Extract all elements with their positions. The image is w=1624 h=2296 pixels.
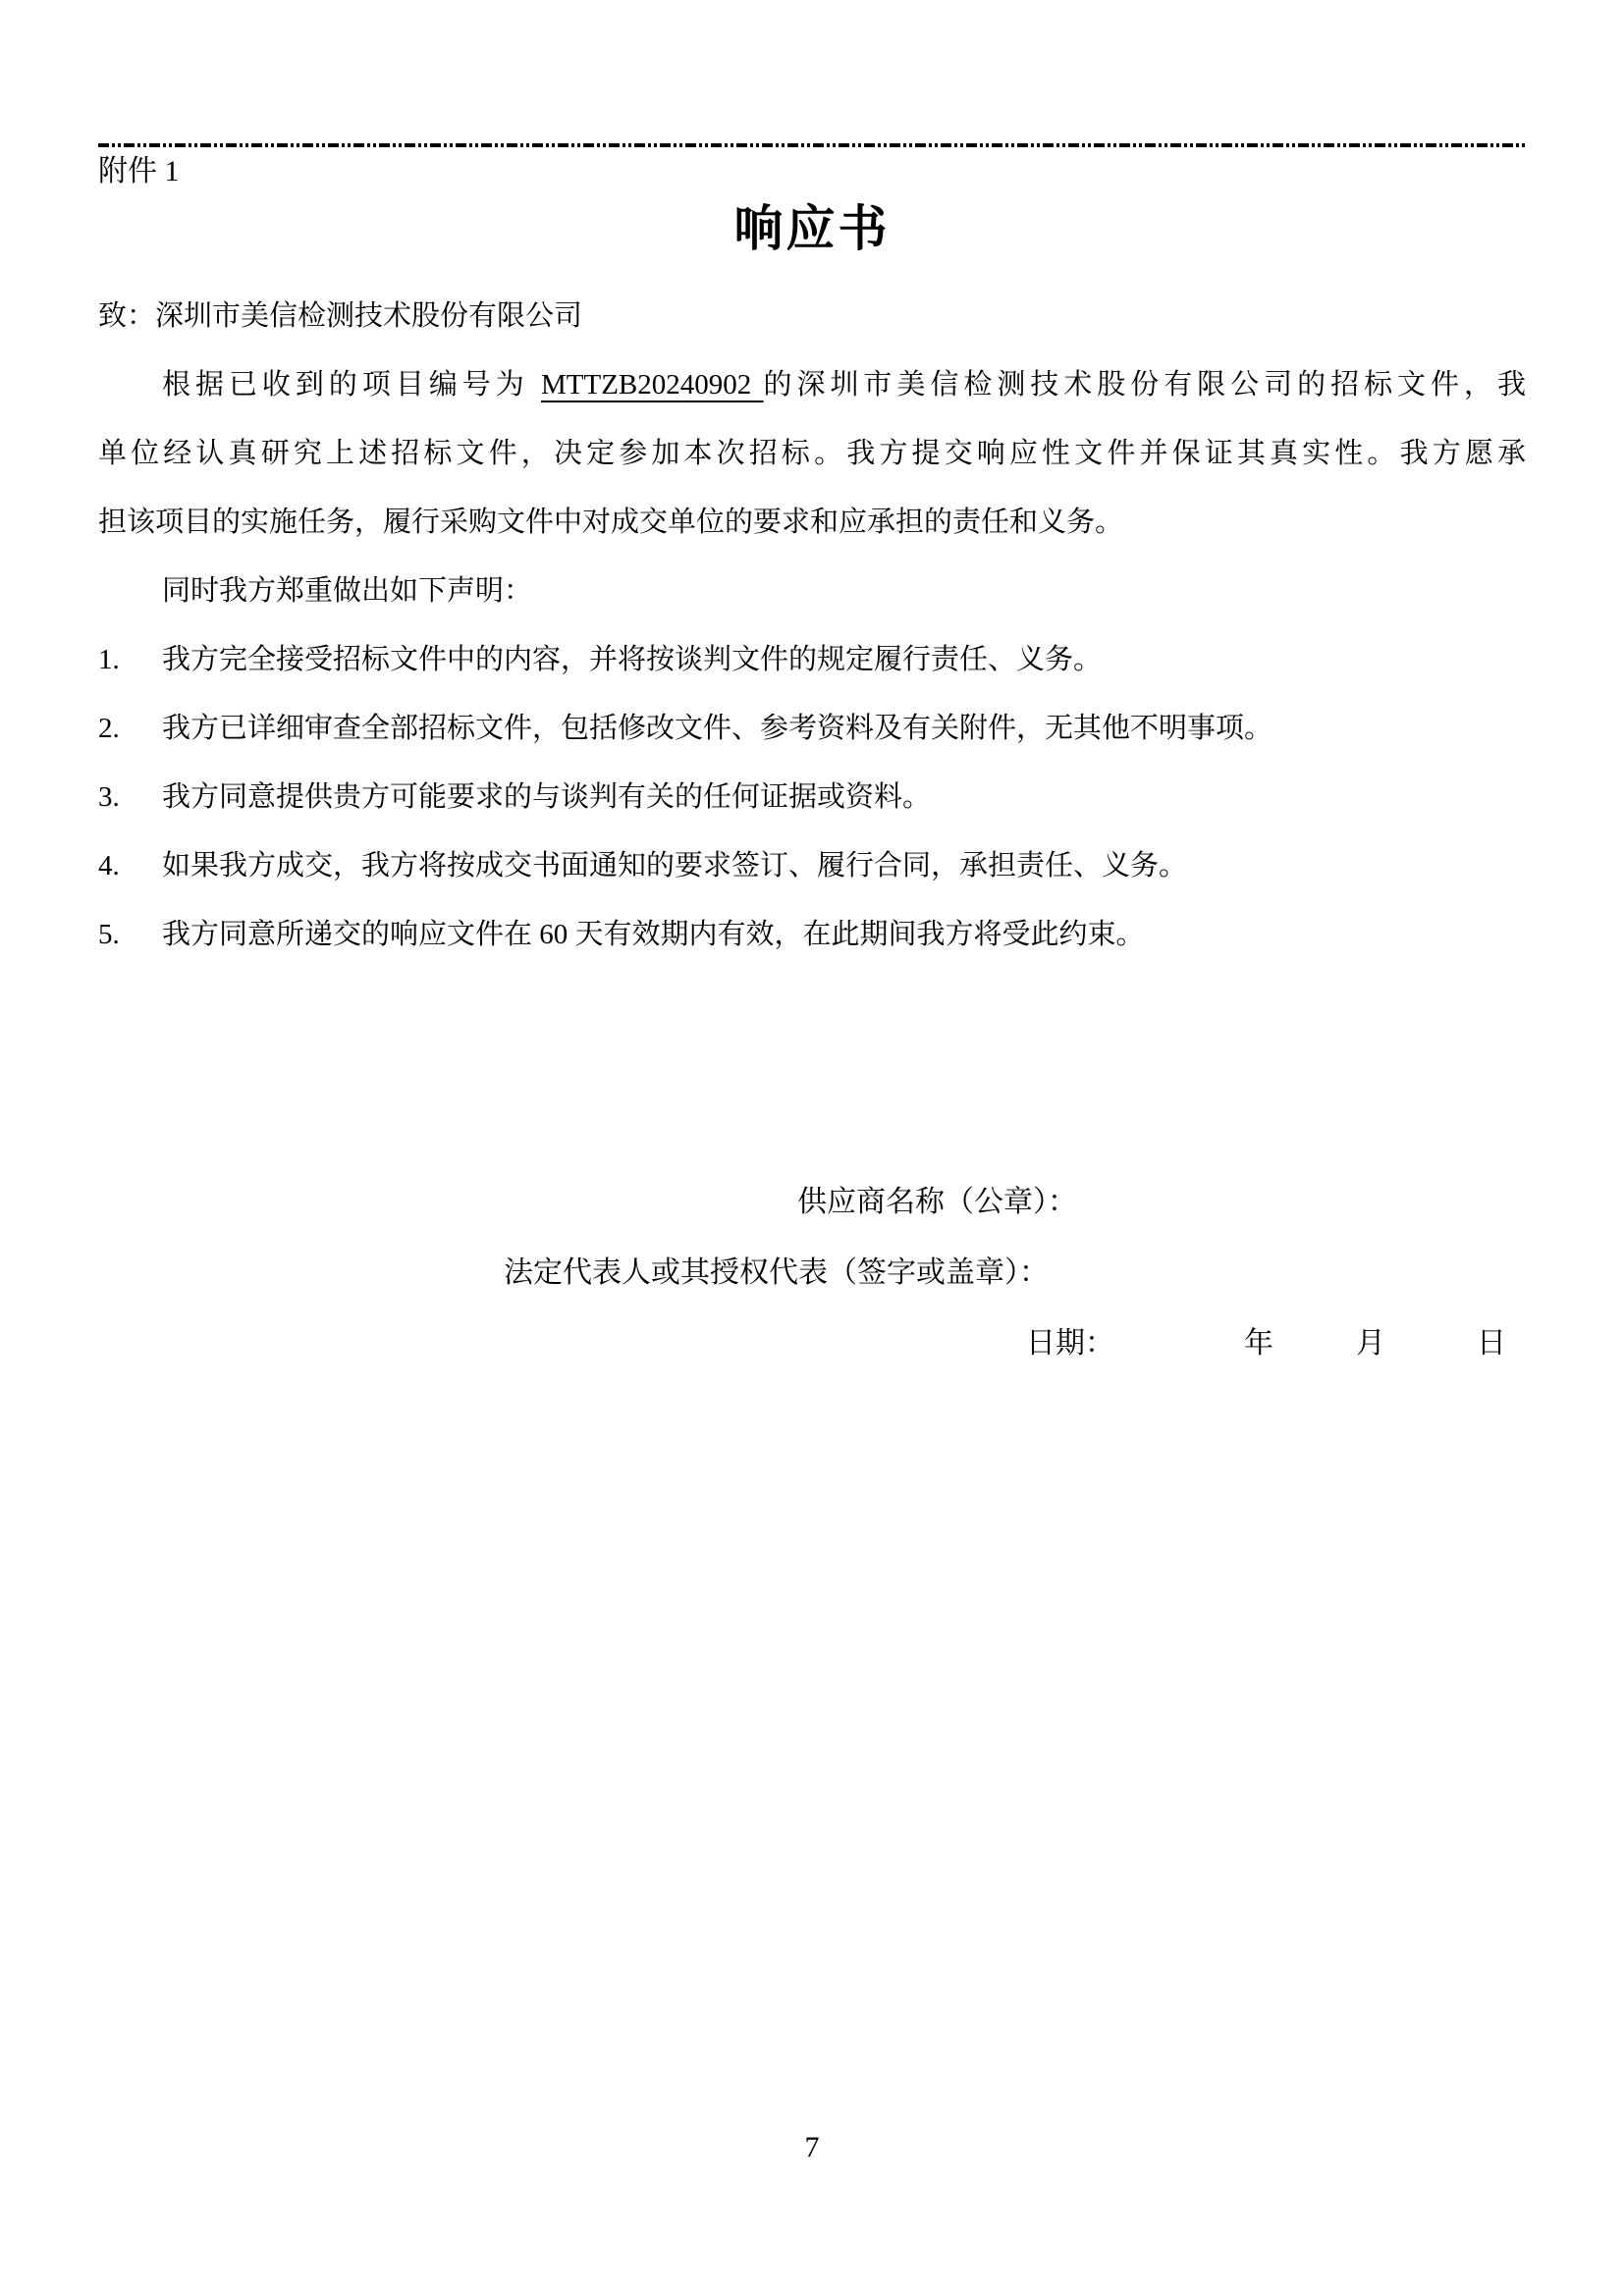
addressee-line: 致：深圳市美信检测技术股份有限公司 — [98, 295, 1526, 337]
supplier-name-seal-label: 供应商名称（公章）： — [797, 1182, 1077, 1223]
date-year-label: 年 — [1244, 1327, 1273, 1360]
paragraph-line-1: 根据已收到的项目编号为 MTTZB20240902 的深圳市美信检测技术股份有限… — [98, 364, 1526, 405]
declaration-item-number: 3. — [98, 776, 162, 818]
declaration-item: 5.我方同意所递交的响应文件在 60 天有效期内有效，在此期间我方将受此约束。 — [98, 914, 1526, 955]
date-line: 日期：年月日 — [1026, 1323, 1506, 1364]
declaration-item-text: 我方已详细审查全部招标文件，包括修改文件、参考资料及有关附件，无其他不明事项。 — [162, 713, 1272, 744]
declaration-item-text: 如果我方成交，我方将按成交书面通知的要求签订、履行合同，承担责任、义务。 — [162, 850, 1187, 881]
paragraph-line-2: 单位经认真研究上述招标文件，决定参加本次招标。我方提交响应性文件并保证其真实性。… — [98, 433, 1526, 474]
declaration-intro: 同时我方郑重做出如下声明： — [98, 570, 1526, 612]
declaration-item: 4.如果我方成交，我方将按成交书面通知的要求签订、履行合同，承担责任、义务。 — [98, 845, 1526, 886]
date-label: 日期： — [1026, 1327, 1114, 1360]
paragraph-text-after-code: 的深圳市美信检测技术股份有限公司的招标文件，我 — [763, 369, 1526, 400]
paragraph-line-3: 担该项目的实施任务，履行采购文件中对成交单位的要求和应承担的责任和义务。 — [98, 502, 1526, 543]
declaration-item-number: 5. — [98, 914, 162, 955]
date-month-label: 月 — [1356, 1327, 1385, 1360]
header-dashed-divider — [98, 143, 1528, 147]
declaration-item-text: 我方同意提供贵方可能要求的与谈判有关的任何证据或资料。 — [162, 781, 931, 813]
declaration-item-number: 1. — [98, 639, 162, 680]
page-number: 7 — [0, 2130, 1624, 2165]
project-number: MTTZB20240902 — [541, 369, 764, 400]
document-page: 附件 1 响应书 致：深圳市美信检测技术股份有限公司 根据已收到的项目编号为 M… — [0, 0, 1624, 2296]
declaration-item-number: 4. — [98, 845, 162, 886]
legal-representative-label: 法定代表人或其授权代表（签字或盖章）： — [504, 1253, 1049, 1294]
declaration-item-text: 我方同意所递交的响应文件在 60 天有效期内有效，在此期间我方将受此约束。 — [162, 919, 1145, 950]
declaration-item-text: 我方完全接受招标文件中的内容，并将按谈判文件的规定履行责任、义务。 — [162, 644, 1102, 675]
attachment-label: 附件 1 — [98, 151, 180, 192]
date-day-label: 日 — [1477, 1327, 1506, 1360]
paragraph-text-before-code: 根据已收到的项目编号为 — [162, 369, 541, 400]
document-title: 响应书 — [0, 198, 1624, 259]
declaration-item: 3.我方同意提供贵方可能要求的与谈判有关的任何证据或资料。 — [98, 776, 1526, 818]
declaration-item: 2.我方已详细审查全部招标文件，包括修改文件、参考资料及有关附件，无其他不明事项… — [98, 708, 1526, 749]
declaration-item: 1.我方完全接受招标文件中的内容，并将按谈判文件的规定履行责任、义务。 — [98, 639, 1526, 680]
declaration-item-number: 2. — [98, 708, 162, 749]
